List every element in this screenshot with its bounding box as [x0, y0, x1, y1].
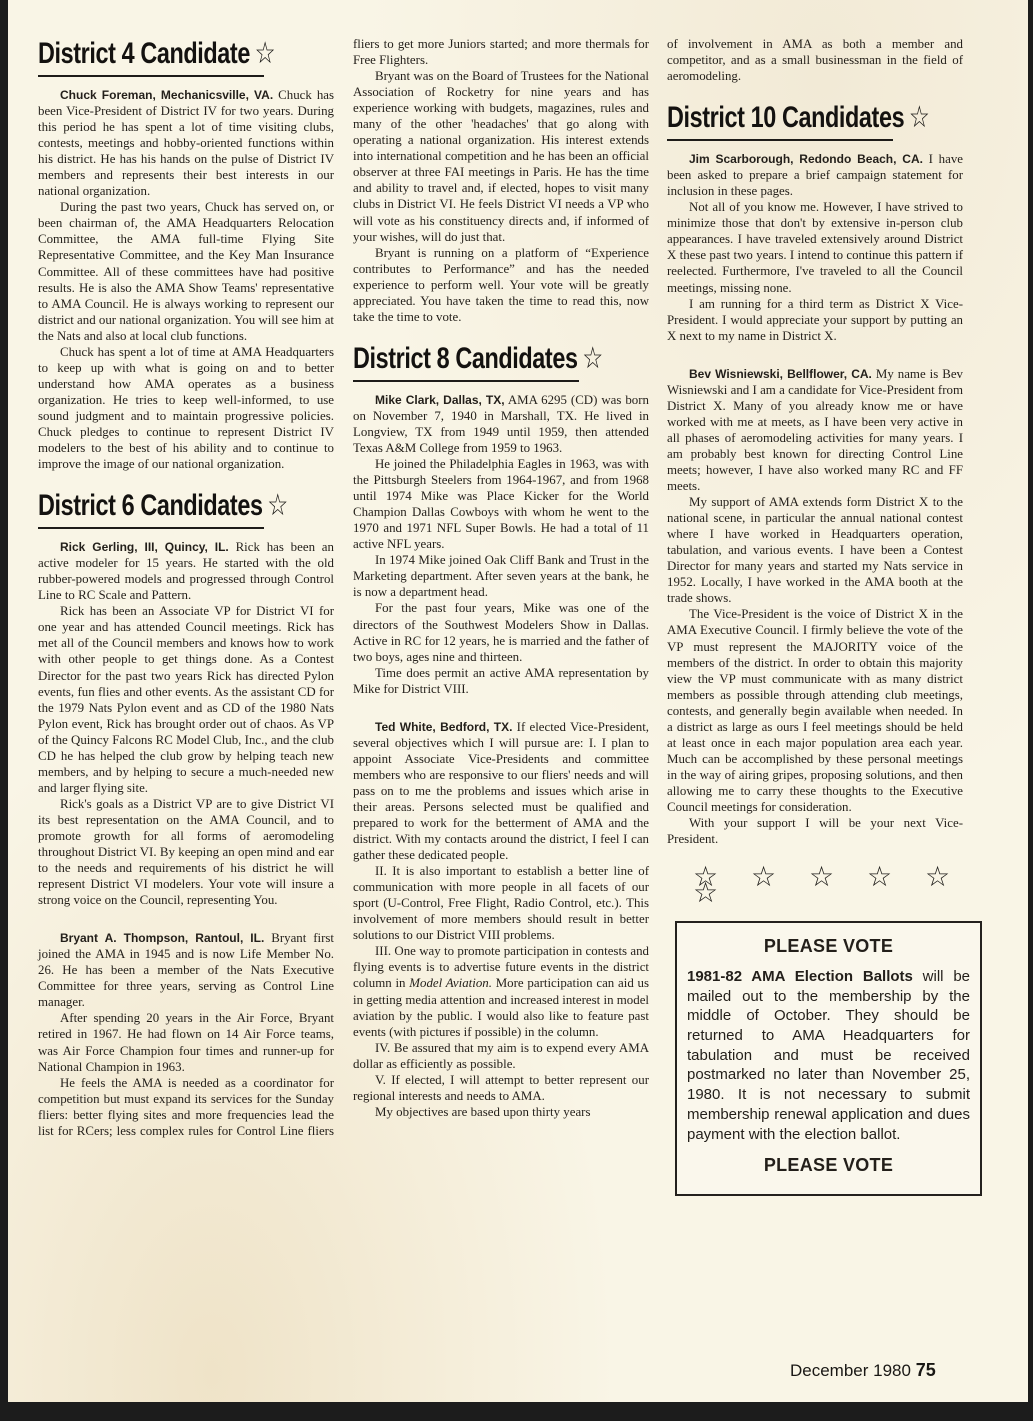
- vote-title-top: PLEASE VOTE: [687, 937, 970, 957]
- paragraph: V. If elected, I will attempt to better …: [353, 1072, 649, 1104]
- paragraph: He joined the Philadelphia Eagles in 196…: [353, 456, 649, 552]
- please-vote-box: PLEASE VOTE 1981-82 AMA Election Ballots…: [675, 921, 982, 1196]
- candidate-name: Ted White, Bedford, TX.: [375, 720, 512, 734]
- paragraph: Chuck has spent a lot of time at AMA Hea…: [38, 344, 334, 472]
- heading-rule: [667, 139, 893, 141]
- heading-rule: [38, 75, 264, 77]
- star-row-divider: ☆ ☆ ☆ ☆ ☆ ☆: [693, 869, 963, 901]
- paragraph: During the past two years, Chuck has ser…: [38, 199, 334, 343]
- paragraph: III. One way to promote participation in…: [353, 943, 649, 1039]
- vote-lead: 1981-82 AMA Election Ballots: [687, 968, 913, 985]
- candidate-name: Jim Scarborough, Redondo Beach, CA.: [689, 152, 923, 166]
- paragraph: Time does permit an active AMA represent…: [353, 665, 649, 697]
- paragraph: II. It is also important to establish a …: [353, 863, 649, 943]
- paragraph-continued: of involvement in AMA as both a member a…: [667, 36, 963, 84]
- star-icon: ☆: [255, 37, 276, 70]
- paragraph: Rick has been an Associate VP for Distri…: [38, 603, 334, 796]
- paragraph: I am running for a third term as Distric…: [667, 296, 963, 344]
- paragraph: My support of AMA extends form District …: [667, 494, 963, 606]
- paragraph: Not all of you know me. However, I have …: [667, 199, 963, 295]
- candidate-jim-scarborough: Jim Scarborough, Redondo Beach, CA. I ha…: [667, 151, 963, 199]
- heading-rule: [353, 380, 579, 382]
- candidate-name: Bryant A. Thompson, Rantoul, IL.: [60, 931, 264, 945]
- heading-district-6: District 6 Candidates☆: [38, 488, 269, 524]
- heading-district-10: District 10 Candidates☆: [667, 100, 898, 136]
- candidate-bev-wisniewski: Bev Wisniewski, Bellflower, CA. My name …: [667, 366, 963, 494]
- paragraph: Rick's goals as a District VP are to giv…: [38, 796, 334, 908]
- page-footer: December 1980 75: [790, 1360, 936, 1381]
- column-3: of involvement in AMA as both a member a…: [667, 36, 963, 1196]
- paragraph: Bryant was on the Board of Trustees for …: [353, 68, 649, 245]
- paragraph: In 1974 Mike joined Oak Cliff Bank and T…: [353, 552, 649, 600]
- paragraph: With your support I will be your next Vi…: [667, 815, 963, 847]
- paragraph: The Vice-President is the voice of Distr…: [667, 606, 963, 815]
- paragraph: Bryant is running on a platform of “Expe…: [353, 245, 649, 325]
- paragraph: After spending 20 years in the Air Force…: [38, 1010, 334, 1074]
- candidate-rick-gerling: Rick Gerling, III, Quincy, IL. Rick has …: [38, 539, 334, 603]
- column-2: fliers to get more Juniors started; and …: [353, 36, 649, 1120]
- heading-district-4: District 4 Candidate☆: [38, 36, 269, 72]
- candidate-name: Mike Clark, Dallas, TX,: [375, 393, 505, 407]
- issue-date: December 1980: [790, 1361, 911, 1380]
- page-number: 75: [916, 1360, 936, 1380]
- vote-title-bottom: PLEASE VOTE: [687, 1156, 970, 1176]
- paragraph: My objectives are based upon thirty year…: [353, 1104, 649, 1120]
- heading-district-8: District 8 Candidates☆: [353, 341, 584, 377]
- paragraph: For the past four years, Mike was one of…: [353, 600, 649, 664]
- candidate-chuck-foreman: Chuck Foreman, Mechanicsville, VA. Chuck…: [38, 87, 334, 199]
- paragraph-continued: fliers to get more Juniors started; and …: [353, 36, 649, 68]
- star-icon: ☆: [909, 101, 930, 134]
- candidate-name: Chuck Foreman, Mechanicsville, VA.: [60, 88, 273, 102]
- star-icon: ☆: [267, 489, 288, 522]
- candidate-bryant-thompson: Bryant A. Thompson, Rantoul, IL. Bryant …: [38, 930, 334, 1010]
- vote-body: 1981-82 AMA Election Ballots will be mai…: [687, 967, 970, 1144]
- magazine-title: Model Aviation.: [409, 976, 492, 990]
- paragraph: IV. Be assured that my aim is to expend …: [353, 1040, 649, 1072]
- paragraph: He feels the AMA is needed as a coordina…: [38, 1075, 334, 1139]
- magazine-page: District 4 Candidate☆ Chuck Foreman, Mec…: [8, 0, 1028, 1402]
- heading-rule: [38, 527, 264, 529]
- column-1: District 4 Candidate☆ Chuck Foreman, Mec…: [38, 36, 334, 1139]
- candidate-ted-white: Ted White, Bedford, TX. If elected Vice-…: [353, 719, 649, 863]
- star-icon: ☆: [582, 342, 603, 375]
- candidate-name: Rick Gerling, III, Quincy, IL.: [60, 540, 229, 554]
- candidate-mike-clark: Mike Clark, Dallas, TX, AMA 6295 (CD) wa…: [353, 392, 649, 456]
- candidate-name: Bev Wisniewski, Bellflower, CA.: [689, 367, 872, 381]
